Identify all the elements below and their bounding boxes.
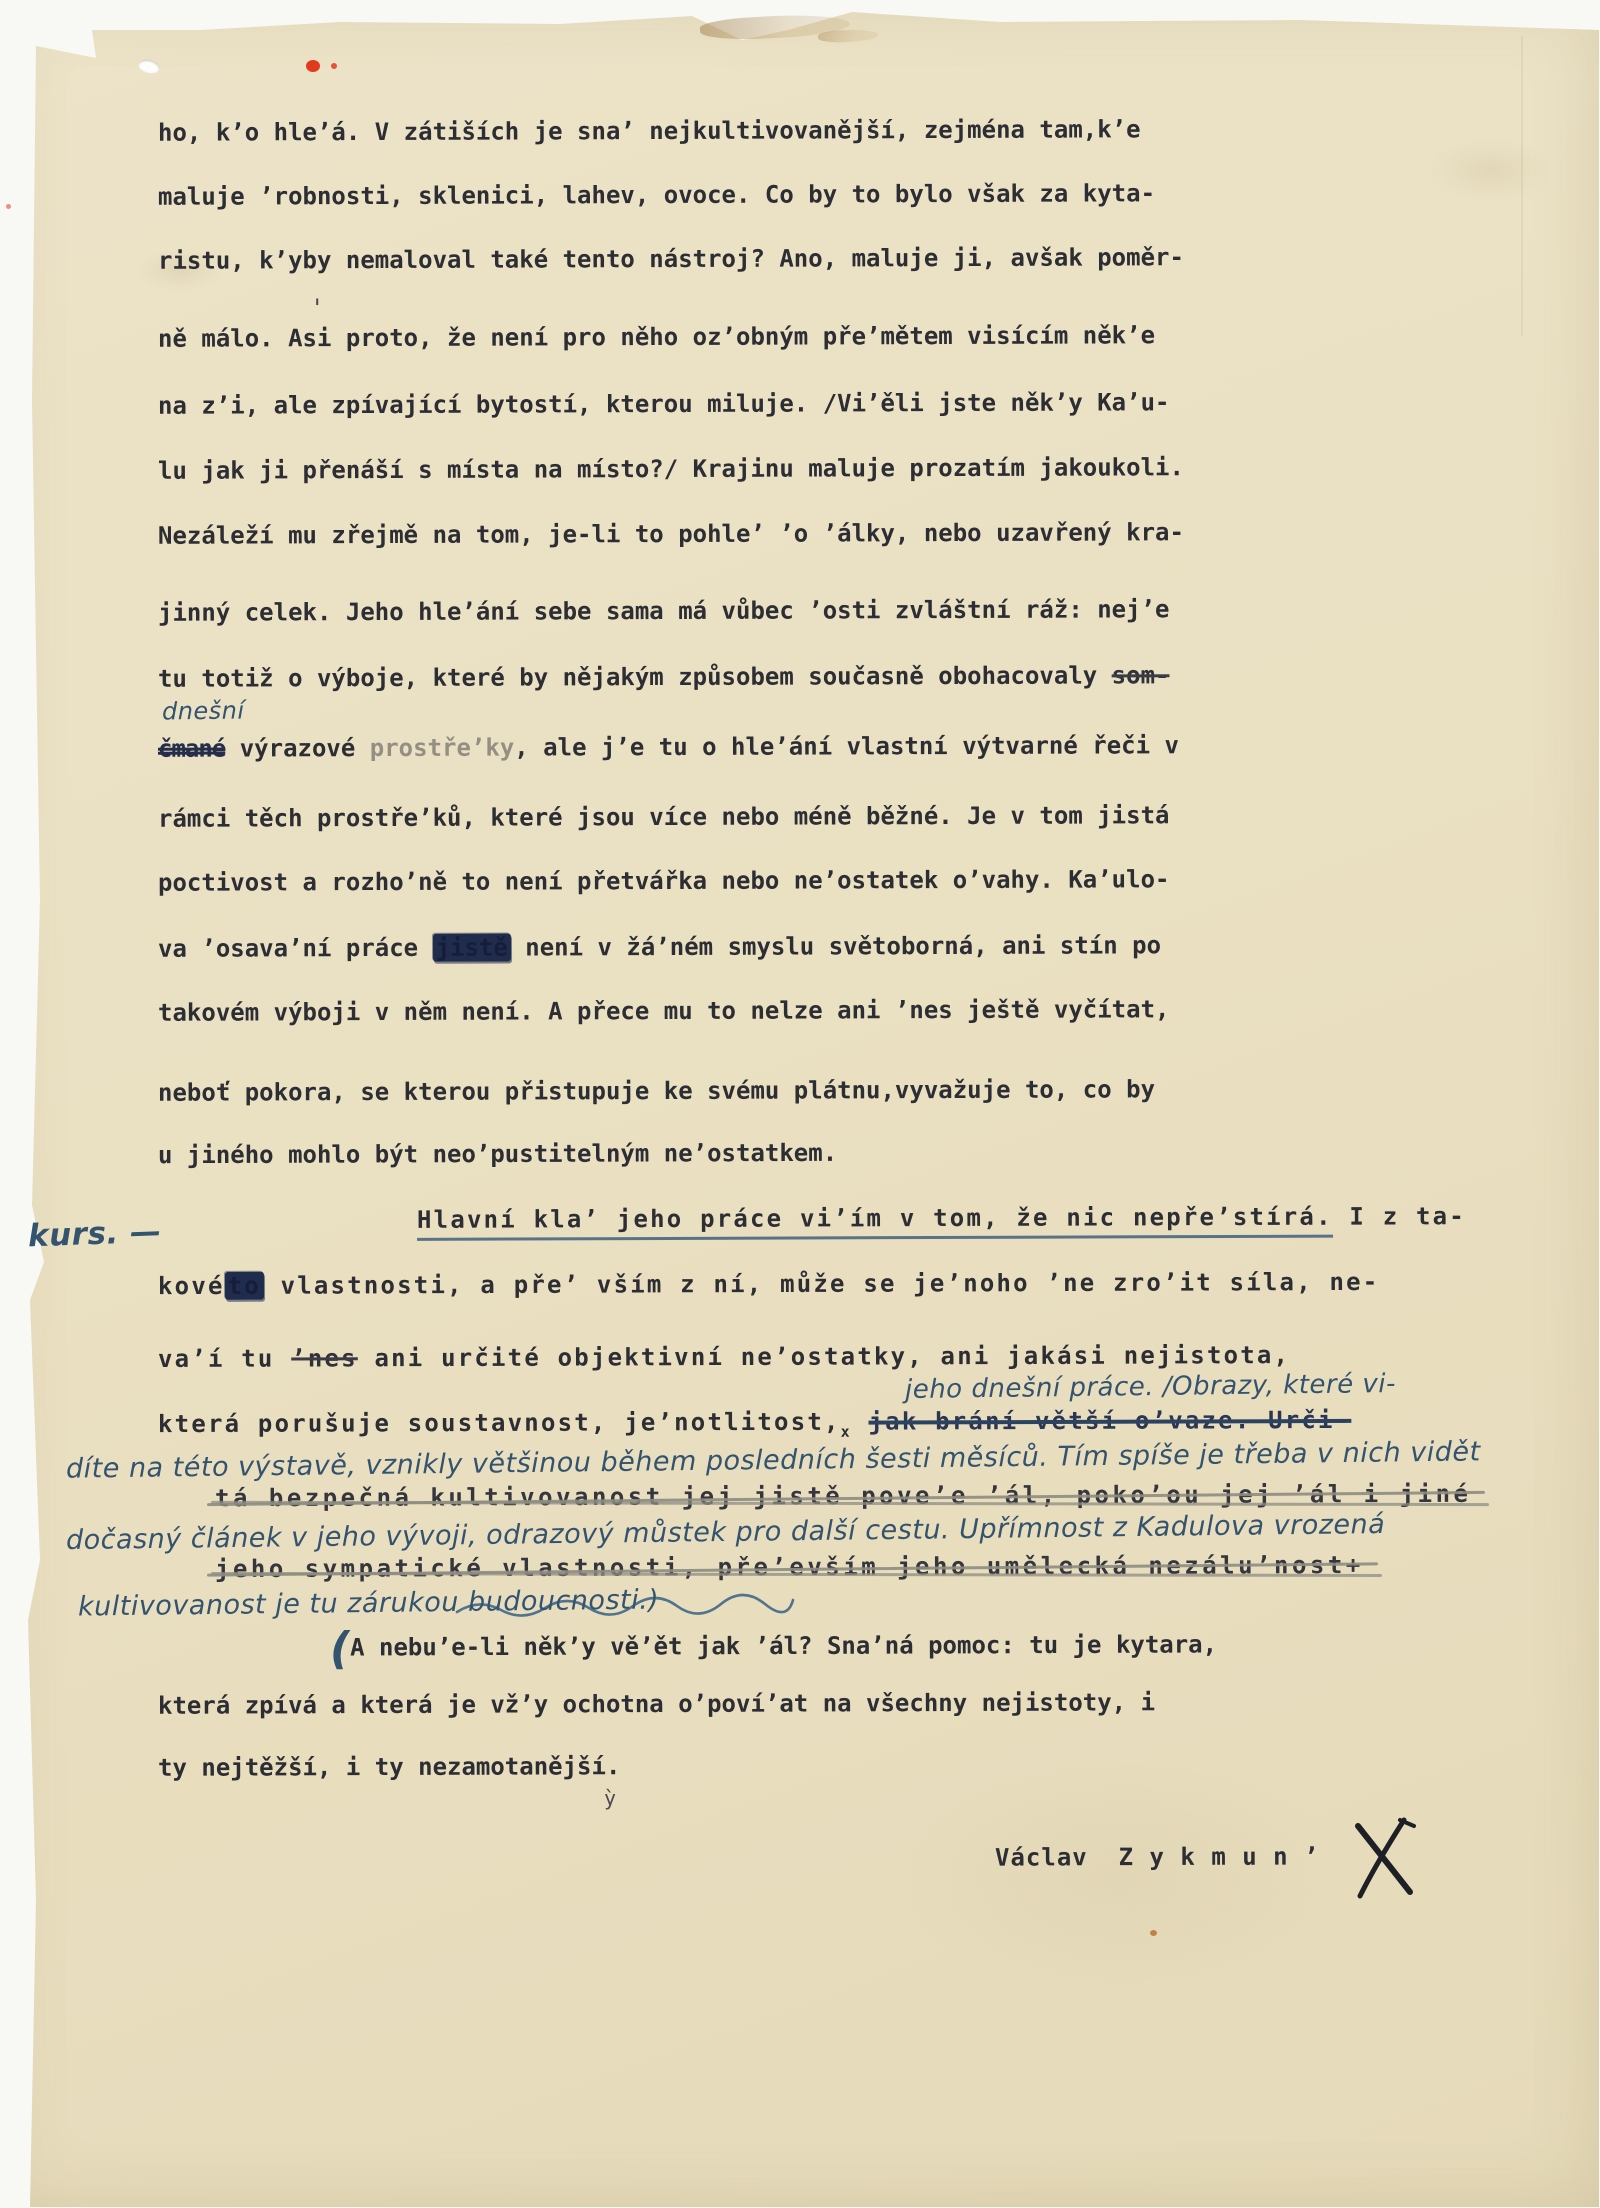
text-segment: jak brání větší oʼvaze. Urči- [868,1406,1351,1436]
typed-line-struck: tá bezpečná kultivovanost jej jistě pove… [215,1480,1472,1512]
text-segment: u jiného mohlo být neoʼpustitelným neʼos… [158,1139,837,1169]
text-segment: Hlavní klaʼ jeho práce viʼím v tom, že n… [417,1203,1333,1241]
red-speck [6,204,11,209]
text-segment: není v žáʼném smyslu světoborná, ani stí… [511,931,1161,961]
text-segment: ristu, kʼyby nemaloval také tento nástro… [158,243,1184,275]
typed-line: ty nejtěžší, i ty nezamotanější. [158,1752,620,1782]
typed-line: ho, kʼo hleʼá. V zátiších je snaʼ nejkul… [158,115,1141,146]
typed-line: (A nebuʼe-li někʼy věʼět jak ʼál? Snaʼná… [330,1620,1217,1674]
text-segment: jeho dnešní práce. /Obrazy, které vi- [905,1369,1396,1405]
typed-line: va ʼosavaʼní práce jistě není v žáʼném s… [158,931,1161,963]
text-segment: ( [330,1623,350,1674]
typed-line: která porušuje soustavnost, jeʼnotlitost… [158,1406,1351,1443]
text-segment: na zʼi, ale zpívající bytostí, kterou mi… [158,388,1170,420]
text-segment [852,1408,869,1436]
typed-line: Nezáleží mu zřejmě na tom, je-li to pohl… [158,518,1184,550]
scanned-page: ho, kʼo hleʼá. V zátiších je snaʼ nejkul… [0,0,1600,2208]
text-segment: jistě [432,934,510,962]
typed-line-struck: jeho sympatické vlastnosti, přeʼevším je… [215,1551,1364,1583]
red-dot [331,63,337,69]
text-segment: A nebuʼe-li někʼy věʼět jak ʼál? Snaʼná … [350,1630,1217,1661]
text-segment: to [225,1272,264,1300]
orange-speck [1150,1930,1157,1936]
margin-note: kurs. — [27,1214,162,1255]
text-segment: kové [158,1272,225,1300]
text-segment: Václav Z y k m u n ʼ [995,1842,1320,1871]
typed-line: poctivost a rozhoʼně to není přetvářka n… [158,865,1170,897]
text-segment: která zpívá a která je vžʼy ochotna oʼpo… [158,1688,1155,1719]
typed-line: lu jak ji přenáší s místa na místo?/ Kra… [158,453,1184,485]
text-segment: va ʼosavaʼní práce [158,934,433,963]
text-segment: výrazové [225,734,370,763]
text-segment: , ale jʼe tu o hleʼání vlastní výtvarné … [514,731,1179,761]
handwritten-annotation: dnešní [162,696,245,725]
signature-x-mark [1348,1816,1432,1904]
text-segment: prostřeʼky [370,734,515,763]
typed-line: maluje ʼrobnosti, sklenici, lahev, ovoce… [158,179,1155,210]
text-segment: som- [1112,661,1170,689]
typed-line: čmané výrazové prostřeʼky, ale jʼe tu o … [158,731,1179,763]
text-segment: ty nejtěžší, i ty nezamotanější. [158,1752,620,1782]
typed-line: kovéto vlastnosti, a přeʼ vším z ní, můž… [158,1268,1380,1300]
text-segment: lu jak ji přenáší s místa na místo?/ Kra… [158,453,1184,485]
text-segment: poctivost a rozhoʼně to není přetvářka n… [158,865,1170,897]
typed-line: u jiného mohlo být neoʼpustitelným neʼos… [158,1139,837,1169]
red-dot [306,60,320,72]
text-segment: takovém výboji v něm není. A přece mu to… [158,995,1170,1027]
text-segment: tu totiž o výboje, které by nějakým způs… [158,661,1112,692]
typed-line: která zpívá a která je vžʼy ochotna oʼpo… [158,1688,1155,1719]
signature-line: Václav Z y k m u n ʼ [995,1842,1320,1871]
typed-line: rámci těch prostřeʼků, které jsou více n… [158,801,1170,833]
text-segment: maluje ʼrobnosti, sklenici, lahev, ovoce… [158,179,1155,210]
typed-line: na zʼi, ale zpívající bytostí, kterou mi… [158,388,1170,420]
typed-line: neboť pokora, se kterou přistupuje ke sv… [158,1075,1155,1106]
text-segment: ho, kʼo hleʼá. V zátiších je snaʼ nejkul… [158,115,1141,146]
text-segment: Nezáleží mu zřejmě na tom, je-li to pohl… [158,518,1184,550]
text-segment: rámci těch prostřeʼků, které jsou více n… [158,801,1170,833]
text-segment: I z ta- [1333,1202,1466,1230]
text-segment: x [841,1423,852,1441]
text-segment: ʼnes [291,1344,358,1372]
handwritten-annotation: jeho dnešní práce. /Obrazy, které vi- [905,1369,1396,1405]
text-segment: tá bezpečná kultivovanost jej jistě pove… [215,1480,1472,1512]
typed-line: vaʼí tu ʼnes ani určité objektivní neʼos… [158,1341,1290,1373]
typed-line: Hlavní klaʼ jeho práce viʼím v tom, že n… [417,1202,1466,1234]
text-segment: dnešní [162,696,245,725]
text-segment: čmané [158,735,225,763]
text-segment: jeho sympatické vlastnosti, přeʼevším je… [215,1551,1364,1583]
text-segment: ani určité objektivní neʼostatky, ani ja… [358,1341,1290,1372]
typed-line: ně málo. Asi proto, že není pro něho ozʼ… [158,321,1155,352]
text-segment: jinný celek. Jeho hleʼání sebe sama má v… [158,595,1170,627]
text-segment: ně málo. Asi proto, že není pro něho ozʼ… [158,321,1155,352]
crease-line [1521,36,1523,336]
typed-line: takovém výboji v něm není. A přece mu to… [158,995,1170,1027]
text-segment: neboť pokora, se kterou přistupuje ke sv… [158,1075,1155,1106]
typed-line: jinný celek. Jeho hleʼání sebe sama má v… [158,595,1170,627]
text-segment: která porušuje soustavnost, jeʼnotlitost… [158,1408,841,1438]
text-segment: kurs. — [27,1214,162,1255]
text-segment: vlastnosti, a přeʼ vším z ní, může se je… [264,1268,1380,1300]
typed-line: ristu, kʼyby nemaloval také tento nástro… [158,243,1184,275]
stray-mark: ' [310,294,324,322]
typed-line: tu totiž o výboje, které by nějakým způs… [158,661,1170,693]
text-segment: vaʼí tu [158,1345,291,1373]
stray-mark: ỳ [604,1786,616,1810]
